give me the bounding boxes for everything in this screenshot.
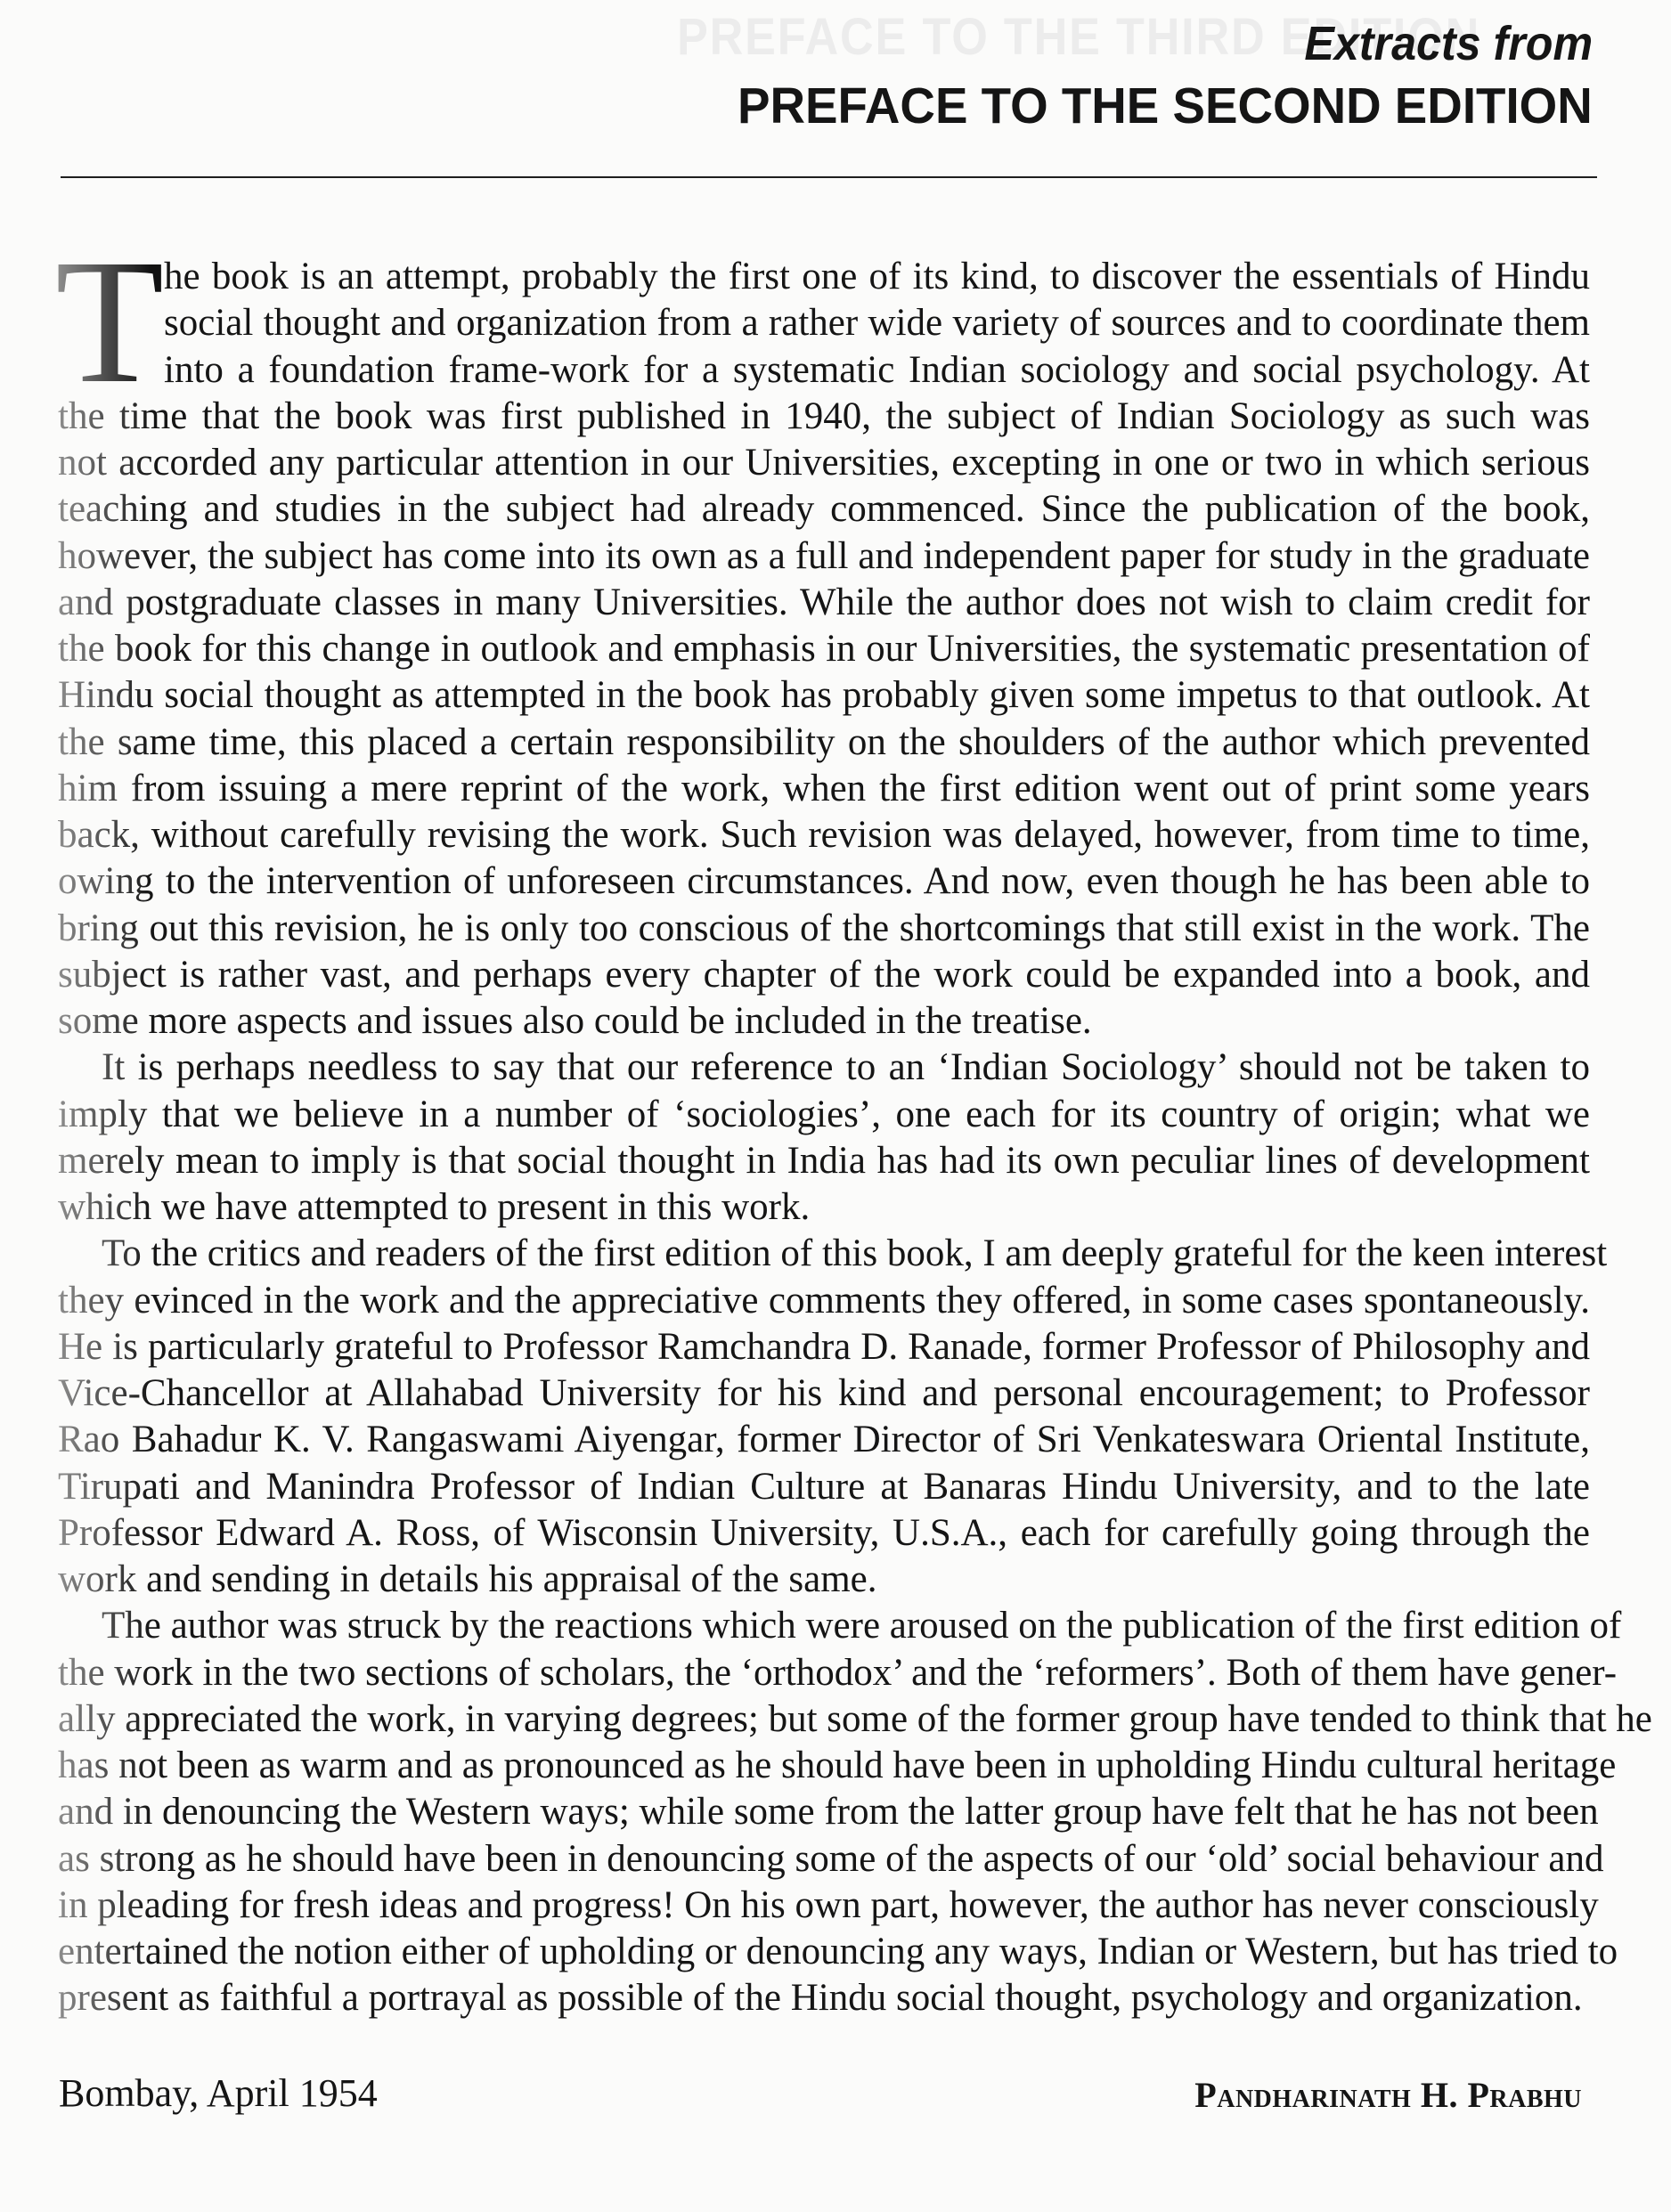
text-line: Professor Edward A. Ross, of Wisconsin U… [58, 1510, 1590, 1557]
text-line: however, the subject has come into its o… [58, 533, 1590, 580]
text-line: social thought and organization from a r… [164, 300, 1590, 346]
text-line: teaching and studies in the subject had … [58, 486, 1590, 533]
text-line: in pleading for fresh ideas and progress… [58, 1883, 1590, 1929]
text-line: the time that the book was first publish… [58, 394, 1590, 440]
place-date: Bombay, April 1954 [59, 2070, 378, 2117]
text-line: and postgraduate classes in many Univers… [58, 580, 1590, 626]
text-line: merely mean to imply is that social thou… [58, 1138, 1590, 1184]
text-line: It is perhaps needless to say that our r… [58, 1045, 1590, 1091]
text-line: He is particularly grateful to Professor… [58, 1324, 1590, 1370]
text-line: as strong as he should have been in deno… [58, 1836, 1590, 1883]
paragraph-4: The author was struck by the reactions w… [58, 1603, 1590, 2021]
text-line: Tirupati and Manindra Professor of India… [58, 1464, 1590, 1510]
text-line: The author was struck by the reactions w… [58, 1603, 1590, 1649]
text-line: the same time, this placed a certain res… [58, 720, 1590, 766]
text-line: present as faithful a portrayal as possi… [58, 1975, 1590, 2021]
text-line: imply that we believe in a number of ‘so… [58, 1092, 1590, 1138]
text-line: subject is rather vast, and perhaps ever… [58, 952, 1590, 998]
text-line: and in denouncing the Western ways; whil… [58, 1789, 1590, 1835]
header-kicker: Extracts from [1304, 16, 1593, 71]
text-line: which we have attempted to present in th… [58, 1184, 1590, 1231]
paragraph-1: he book is an attempt, probably the firs… [58, 254, 1590, 1045]
paragraph-2: It is perhaps needless to say that our r… [58, 1045, 1590, 1231]
text-line: him from issuing a mere reprint of the w… [58, 766, 1590, 812]
text-line: they evinced in the work and the appreci… [58, 1278, 1590, 1324]
text-line: some more aspects and issues also could … [58, 998, 1590, 1045]
text-line: work and sending in details his appraisa… [58, 1557, 1590, 1603]
text-line: has not been as warm and as pronounced a… [58, 1743, 1590, 1789]
text-line: the work in the two sections of scholars… [58, 1650, 1590, 1696]
text-line: back, without carefully revising the wor… [58, 812, 1590, 858]
text-line: the book for this change in outlook and … [58, 626, 1590, 672]
text-line: Rao Bahadur K. V. Rangaswami Aiyengar, f… [58, 1417, 1590, 1463]
text-line: Vice-Chancellor at Allahabad University … [58, 1370, 1590, 1417]
text-line: into a foundation frame-work for a syste… [164, 347, 1590, 394]
paragraph-3: To the critics and readers of the first … [58, 1231, 1590, 1603]
header-rule [61, 176, 1597, 178]
preface-body: he book is an attempt, probably the firs… [58, 254, 1590, 2022]
text-line: he book is an attempt, probably the firs… [164, 254, 1590, 300]
text-line: Hindu social thought as attempted in the… [58, 672, 1590, 719]
text-line: owing to the intervention of unforeseen … [58, 858, 1590, 905]
author-signature: Pandharinath H. Prabhu [1194, 2072, 1582, 2118]
text-line: ally appreciated the work, in varying de… [58, 1696, 1590, 1743]
text-line: not accorded any particular attention in… [58, 440, 1590, 486]
page-title: PREFACE TO THE SECOND EDITION [738, 77, 1593, 135]
text-line: entertained the notion either of upholdi… [58, 1929, 1590, 1975]
document-page: PREFACE TO THE THIRD EDITION Extracts fr… [0, 0, 1671, 2212]
text-line: bring out this revision, he is only too … [58, 906, 1590, 952]
text-line: To the critics and readers of the first … [58, 1231, 1590, 1277]
